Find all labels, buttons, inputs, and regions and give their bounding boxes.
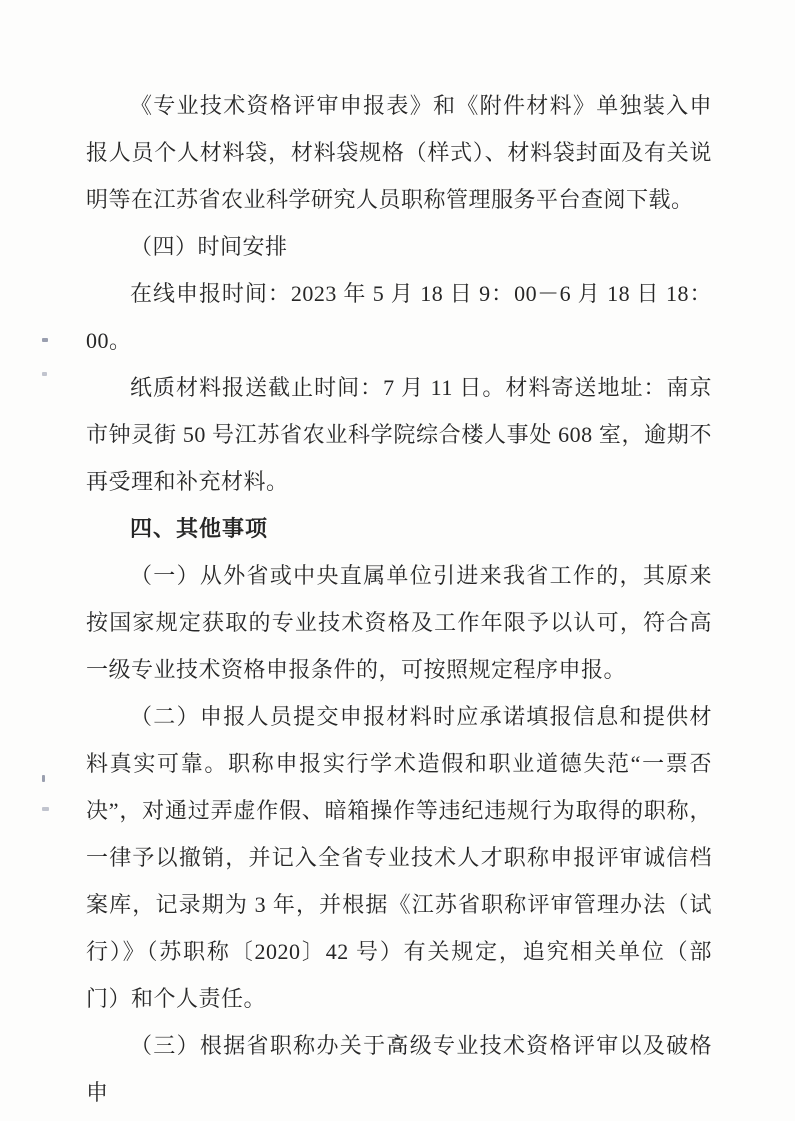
document-body: 《专业技术资格评审申报表》和《附件材料》单独装入申报人员个人材料袋，材料袋规格（… — [86, 82, 712, 1116]
scan-speck — [42, 338, 48, 342]
section-heading-other-matters: 四、其他事项 — [86, 505, 712, 552]
document-page: 《专业技术资格评审申报表》和《附件材料》单独装入申报人员个人材料袋，材料袋规格（… — [0, 0, 795, 1121]
paragraph-materials-bag: 《专业技术资格评审申报表》和《附件材料》单独装入申报人员个人材料袋，材料袋规格（… — [86, 82, 712, 223]
scan-speck — [42, 807, 49, 811]
paragraph-paper-deadline: 纸质材料报送截止时间：7 月 11 日。材料寄送地址：南京市钟灵街 50 号江苏… — [86, 364, 712, 505]
paragraph-item-1: （一）从外省或中央直属单位引进来我省工作的，其原来按国家规定获取的专业技术资格及… — [86, 552, 712, 693]
subheading-time-arrangement: （四）时间安排 — [86, 223, 712, 270]
paragraph-online-period: 在线申报时间：2023 年 5 月 18 日 9：00－6 月 18 日 18：… — [86, 270, 712, 364]
paragraph-item-2: （二）申报人员提交申报材料时应承诺填报信息和提供材料真实可靠。职称申报实行学术造… — [86, 693, 712, 1022]
page-number: 5 — [0, 1034, 795, 1054]
scan-speck — [42, 775, 45, 782]
scan-speck — [42, 372, 47, 376]
